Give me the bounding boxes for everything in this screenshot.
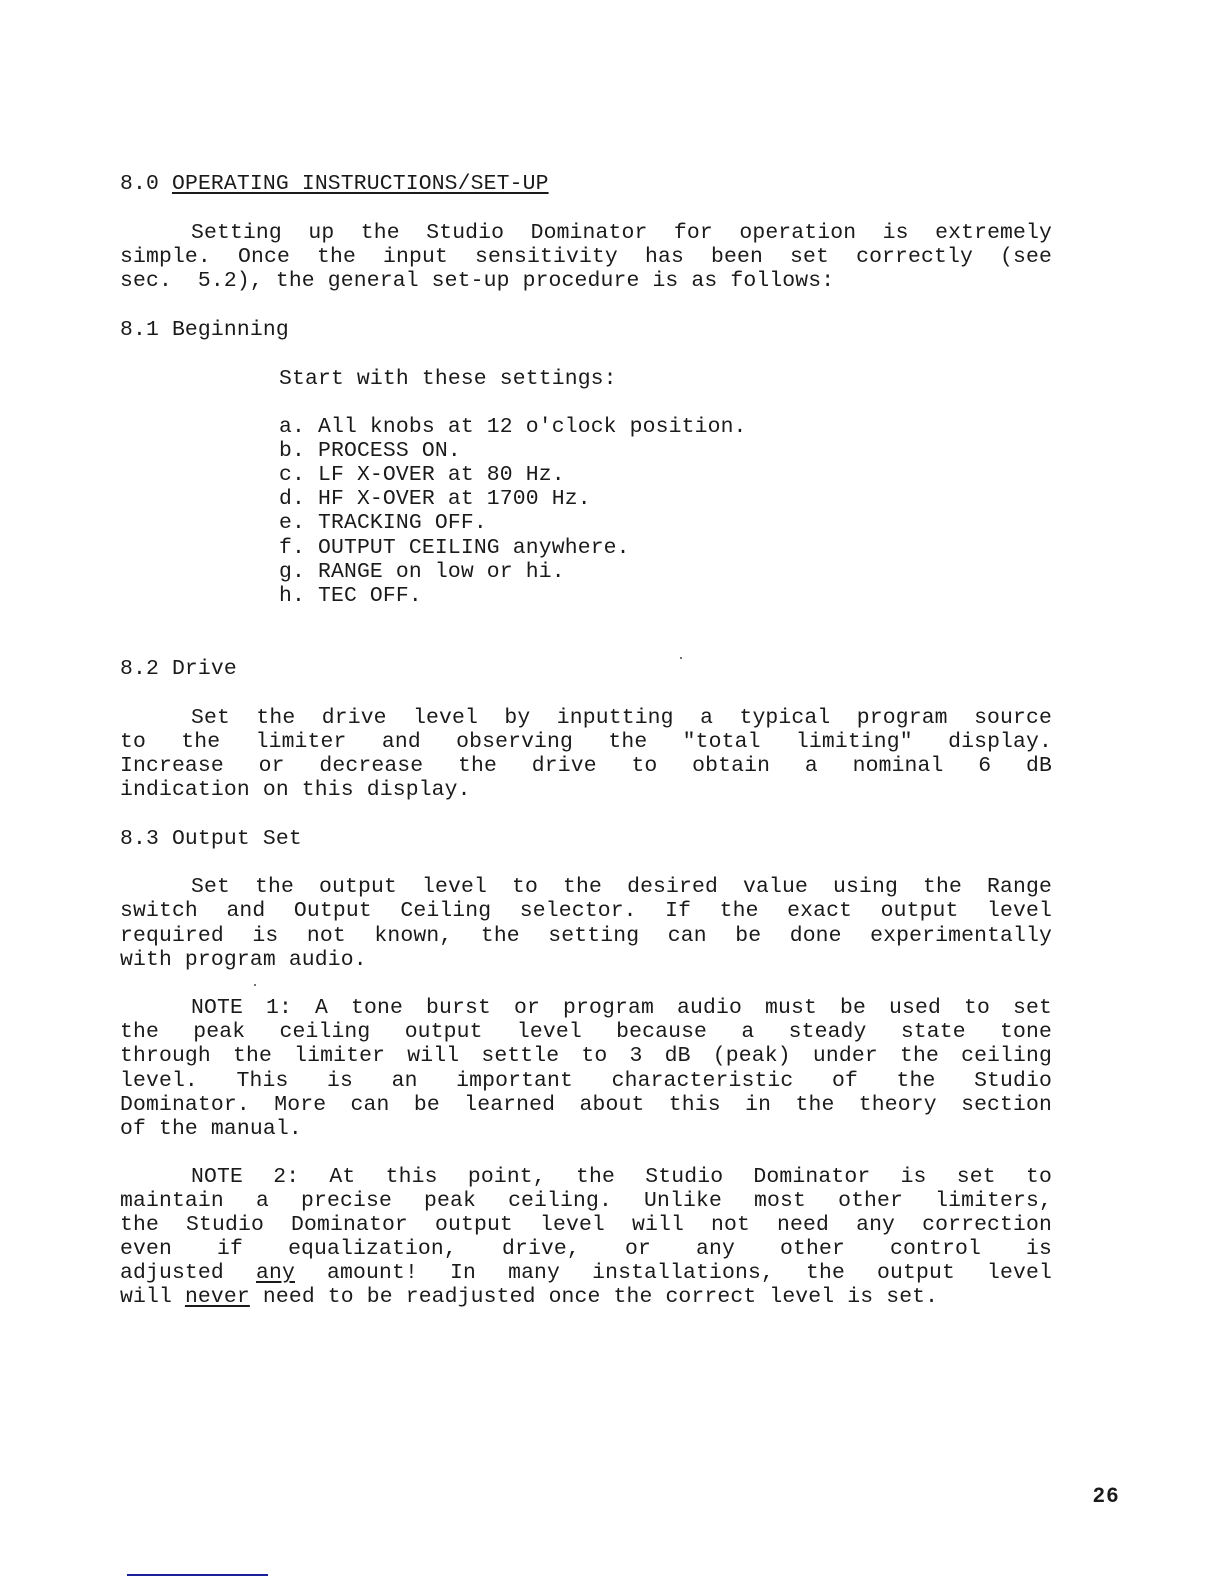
intro-line-2: simple. Once the input sensitivity has b… bbox=[120, 245, 1052, 269]
output-line-4: with program audio. bbox=[120, 948, 367, 972]
note1-line-1: NOTE 1: A tone burst or program audio mu… bbox=[191, 996, 1052, 1020]
drive-line-4: indication on this display. bbox=[120, 778, 471, 802]
list-text: LF X-OVER at 80 Hz. bbox=[318, 463, 565, 487]
list-item: a. All knobs at 12 o'clock position. bbox=[279, 415, 747, 439]
list-item: c. LF X-OVER at 80 Hz. bbox=[279, 463, 565, 487]
note2-line-6: will never need to be readjusted once th… bbox=[120, 1285, 938, 1309]
settings-lead: Start with these settings: bbox=[279, 367, 617, 391]
note2-line-1: NOTE 2: At this point, the Studio Domina… bbox=[191, 1165, 1052, 1189]
intro-line-1: Setting up the Studio Dominator for oper… bbox=[191, 221, 1052, 245]
intro-line-3: sec. 5.2), the general set-up procedure … bbox=[120, 269, 834, 293]
drive-line-2: to the limiter and observing the "total … bbox=[120, 730, 1052, 754]
subsection-heading-beginning: 8.1 Beginning bbox=[120, 318, 289, 342]
drive-line-3: Increase or decrease the drive to obtain… bbox=[120, 754, 1052, 778]
list-marker: a. bbox=[279, 415, 305, 439]
list-marker: e. bbox=[279, 511, 305, 535]
list-marker: b. bbox=[279, 439, 305, 463]
list-marker: c. bbox=[279, 463, 305, 487]
list-text: RANGE on low or hi. bbox=[318, 560, 565, 584]
note1-line-6: of the manual. bbox=[120, 1117, 302, 1141]
text-run: need to be readjusted once the correct l… bbox=[250, 1285, 938, 1309]
list-text: All knobs at 12 o'clock position. bbox=[318, 415, 747, 439]
text-run: amount! In many installations, the outpu… bbox=[295, 1261, 1052, 1285]
list-marker: d. bbox=[279, 487, 305, 511]
emphasis-any: any bbox=[256, 1261, 295, 1285]
document-page: 8.0 OPERATING INSTRUCTIONS/SET-UP Settin… bbox=[0, 0, 1224, 1584]
list-text: OUTPUT CEILING anywhere. bbox=[318, 536, 630, 560]
list-item: b. PROCESS ON. bbox=[279, 439, 461, 463]
list-text: TEC OFF. bbox=[318, 584, 422, 608]
list-marker: g. bbox=[279, 560, 305, 584]
note2-line-5: adjusted any amount! In many installatio… bbox=[120, 1261, 1052, 1285]
list-item: d. HF X-OVER at 1700 Hz. bbox=[279, 487, 591, 511]
list-marker: h. bbox=[279, 584, 305, 608]
output-line-3: required is not known, the setting can b… bbox=[120, 924, 1052, 948]
list-text: TRACKING OFF. bbox=[318, 511, 487, 535]
section-title: OPERATING INSTRUCTIONS/SET-UP bbox=[172, 172, 549, 196]
text-run: will bbox=[120, 1285, 185, 1309]
list-text: HF X-OVER at 1700 Hz. bbox=[318, 487, 591, 511]
note1-line-4: level. This is an important characterist… bbox=[120, 1069, 1052, 1093]
subsection-heading-output-set: 8.3 Output Set bbox=[120, 827, 302, 851]
list-text: PROCESS ON. bbox=[318, 439, 461, 463]
note1-line-5: Dominator. More can be learned about thi… bbox=[120, 1093, 1052, 1117]
scan-speck bbox=[254, 984, 256, 986]
output-line-2: switch and Output Ceiling selector. If t… bbox=[120, 899, 1052, 923]
list-item: e. TRACKING OFF. bbox=[279, 511, 487, 535]
footer-rule bbox=[127, 1574, 268, 1576]
section-heading: 8.0 OPERATING INSTRUCTIONS/SET-UP bbox=[120, 172, 549, 196]
page-number: 26 bbox=[1093, 1484, 1120, 1508]
text-run: adjusted bbox=[120, 1261, 256, 1285]
note2-line-3: the Studio Dominator output level will n… bbox=[120, 1213, 1052, 1237]
emphasis-never: never bbox=[185, 1285, 250, 1309]
drive-line-1: Set the drive level by inputting a typic… bbox=[191, 706, 1052, 730]
list-marker: f. bbox=[279, 536, 305, 560]
list-item: f. OUTPUT CEILING anywhere. bbox=[279, 536, 630, 560]
note2-line-2: maintain a precise peak ceiling. Unlike … bbox=[120, 1189, 1052, 1213]
subsection-heading-drive: 8.2 Drive bbox=[120, 657, 237, 681]
note1-line-3: through the limiter will settle to 3 dB … bbox=[120, 1044, 1052, 1068]
note1-line-2: the peak ceiling output level because a … bbox=[120, 1020, 1052, 1044]
scan-speck bbox=[680, 657, 682, 659]
list-item: h. TEC OFF. bbox=[279, 584, 422, 608]
list-item: g. RANGE on low or hi. bbox=[279, 560, 565, 584]
section-number: 8.0 bbox=[120, 172, 159, 196]
note2-line-4: even if equalization, drive, or any othe… bbox=[120, 1237, 1052, 1261]
output-line-1: Set the output level to the desired valu… bbox=[191, 875, 1052, 899]
